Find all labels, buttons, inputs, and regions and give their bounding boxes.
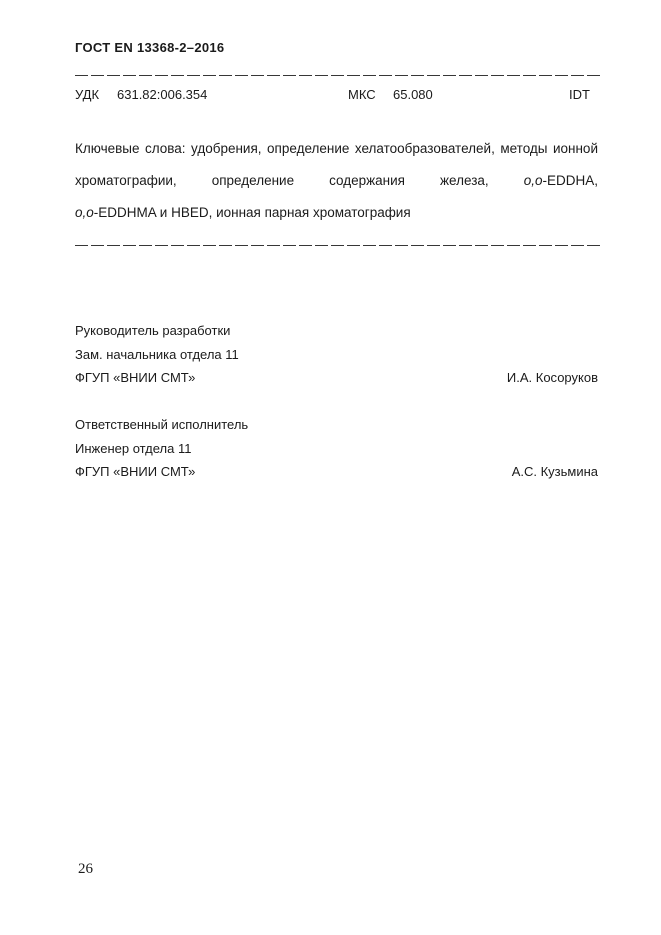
signature-name: И.А. Косоруков [507, 366, 598, 390]
signature-role: Руководитель разработки [75, 319, 598, 343]
udk-value: 631.82:006.354 [117, 87, 207, 102]
divider-top: ————————————————————————————————— [75, 67, 600, 85]
keywords-paragraph: Ключевые слова: удобрения, определение х… [75, 133, 598, 229]
divider-bottom: ————————————————————————————————— [75, 237, 600, 255]
keywords-line-1: Ключевые слова: удобрения, определение х… [75, 133, 598, 165]
signature-position: Зам. начальника отдела 11 [75, 343, 598, 367]
signature-org-name-row: ФГУП «ВНИИ СМТ» И.А. Косоруков [75, 366, 598, 390]
mks-value: 65.080 [393, 87, 433, 102]
keywords-line-3: о,о-EDDHMA и HBED, ионная парная хромато… [75, 197, 598, 229]
signature-block-lead: Руководитель разработки Зам. начальника … [75, 319, 598, 390]
page-number: 26 [78, 861, 93, 878]
keywords-line-2-suffix: -EDDHA, [542, 173, 598, 188]
keywords-line-3-italic: о,о [75, 205, 94, 220]
signature-org-name-row: ФГУП «ВНИИ СМТ» А.С. Кузьмина [75, 460, 598, 484]
keywords-line-3-text: -EDDHMA и HBED, ионная парная хроматогра… [94, 205, 411, 220]
signature-organization: ФГУП «ВНИИ СМТ» [75, 366, 195, 390]
signature-role: Ответственный исполнитель [75, 413, 598, 437]
idt-label: IDT [569, 87, 590, 102]
keywords-line-2-text: хроматографии, определение содержания же… [75, 173, 524, 188]
signature-organization: ФГУП «ВНИИ СМТ» [75, 460, 195, 484]
signature-position: Инженер отдела 11 [75, 437, 598, 461]
keywords-line-2: хроматографии, определение содержания же… [75, 165, 598, 197]
document-page: ГОСТ EN 13368-2–2016 ———————————————————… [0, 0, 661, 935]
udk-label: УДК [75, 87, 99, 102]
signature-block-executor: Ответственный исполнитель Инженер отдела… [75, 413, 598, 484]
document-code: ГОСТ EN 13368-2–2016 [75, 40, 224, 55]
signature-name: А.С. Кузьмина [512, 460, 598, 484]
mks-label: МКС [348, 87, 376, 102]
keywords-line-2-italic: о,о [524, 173, 543, 188]
classification-row: УДК 631.82:006.354 МКС 65.080 IDT [75, 87, 598, 103]
